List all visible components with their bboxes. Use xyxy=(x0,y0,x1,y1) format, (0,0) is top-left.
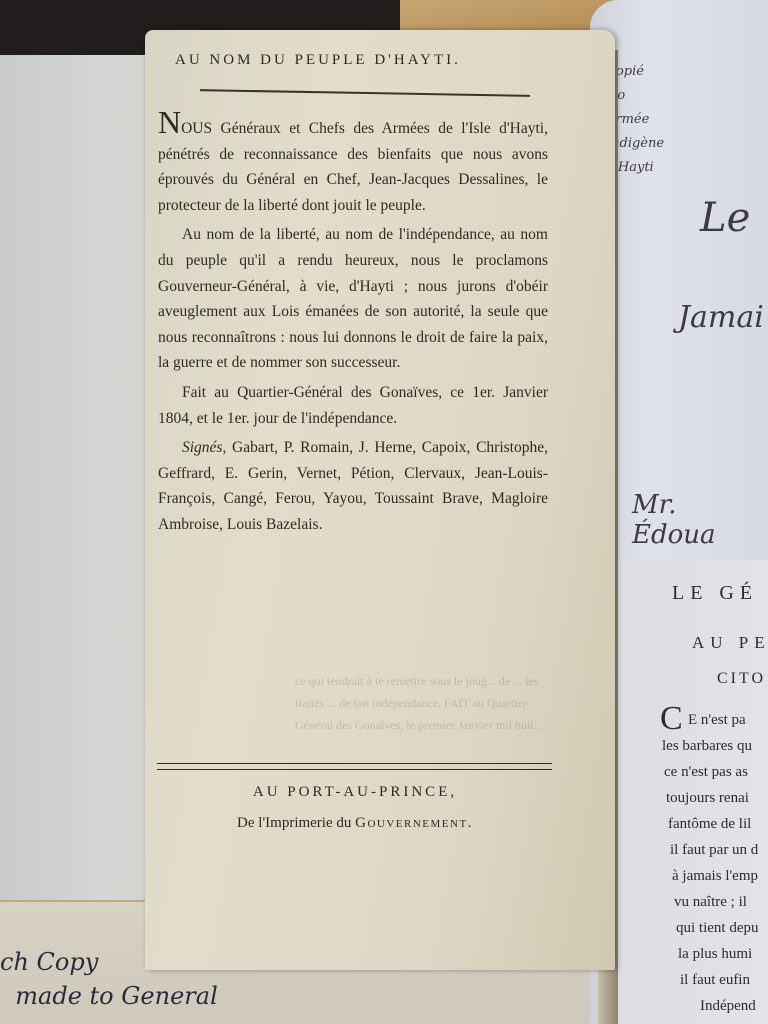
imprint-double-rule xyxy=(157,763,552,770)
page-title: AU NOM DU PEUPLE D'HAYTI. xyxy=(175,52,461,69)
handwriting-word: Le xyxy=(700,195,750,241)
imprint-printer: De l'Imprimerie du Gouvernement. xyxy=(145,815,565,832)
proclamation-body: NOUS Généraux et Chefs des Armées de l'I… xyxy=(158,110,548,542)
imprint-printer-name: Gouvernement. xyxy=(355,815,473,831)
paragraph-3: Fait au Quartier-Général des Gonaïves, c… xyxy=(158,380,548,431)
handwriting-line-2: made to General xyxy=(15,982,217,1010)
print-line: qui tient depu xyxy=(676,920,768,937)
title-rule xyxy=(200,89,530,97)
dropcap: N xyxy=(158,104,181,140)
handwriting-line-1: ch Copy xyxy=(0,948,98,976)
print-line: ce n'est pas as xyxy=(664,764,768,781)
handwriting-word: Mr. Édoua xyxy=(632,490,768,550)
print-heading: LE GÉ xyxy=(672,582,768,605)
print-line: toujours renai xyxy=(666,790,768,807)
signes-label: Signés xyxy=(182,439,222,456)
right-printed-proclamation: LE GÉ AU PE CITO C E n'est pa les barbar… xyxy=(612,560,768,1024)
print-line: vu naître ; il xyxy=(674,894,768,911)
paragraph-2: Au nom de la liberté, au nom de l'indépe… xyxy=(158,222,548,376)
paragraph-1-text: OUS Généraux et Chefs des Armées de l'Is… xyxy=(158,120,548,214)
print-line: il faut eufin xyxy=(680,972,768,989)
handwriting-word: Jamai xyxy=(678,300,764,335)
paragraph-signatures: Signés, Gabart, P. Romain, J. Herne, Cap… xyxy=(158,435,548,537)
bleed-through-text: ce qui tendrait à te remettre sous le jo… xyxy=(295,670,565,736)
paragraph-1: NOUS Généraux et Chefs des Armées de l'I… xyxy=(158,110,548,218)
imprint-printer-prefix: De l'Imprimerie du xyxy=(237,815,355,831)
print-line: la plus humi xyxy=(678,946,768,963)
print-line: à jamais l'emp xyxy=(672,868,768,885)
imprint-place: AU PORT-AU-PRINCE, xyxy=(145,784,565,801)
print-line: les barbares qu xyxy=(662,738,768,755)
main-printed-page: AU NOM DU PEUPLE D'HAYTI. NOUS Généraux … xyxy=(145,30,615,970)
print-line: Indépend xyxy=(700,998,768,1015)
print-line: E n'est pa xyxy=(688,712,768,729)
print-subheading: AU PE xyxy=(692,633,768,653)
print-line: fantôme de lil xyxy=(668,816,768,833)
print-line: il faut par un d xyxy=(670,842,768,859)
print-subheading: CITO xyxy=(717,670,768,688)
